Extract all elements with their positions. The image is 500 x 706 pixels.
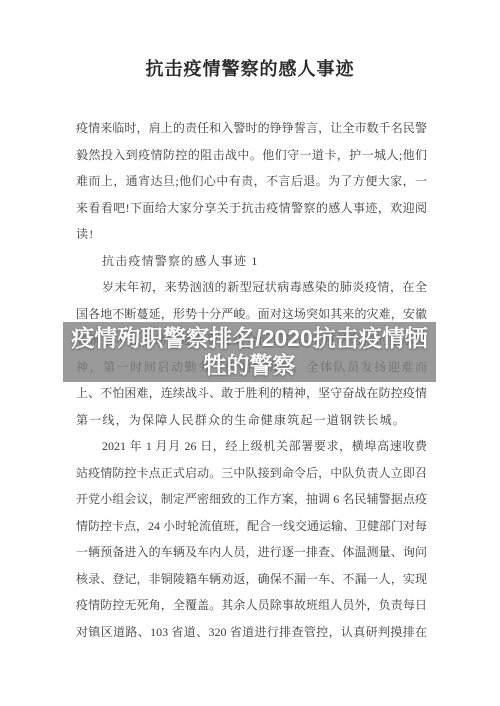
document-line: 一辆预备进入的车辆及车内人员，进行逐一排查、体温测量、询问 <box>76 539 427 566</box>
document-line: 来看看吧!下面给大家分享关于抗击疫情警察的感人事迹，欢迎阅 <box>76 195 427 222</box>
document-line: 上、不怕困难，连续战斗、敢于胜利的精神，坚守奋战在防控疫情 <box>76 380 427 407</box>
document-line: 第一线，为保障人民群众的生命健康筑起一道钢铁长城。 <box>76 407 427 434</box>
document-line: 疫情来临时，肩上的责任和入警时的铮铮誓言，让全市数千名民警 <box>76 115 427 142</box>
document-line: 毅然投入到疫情防控的阻击战中。他们守一道卡，护一城人;他们迎 <box>76 142 427 169</box>
watermark-overlay: 疫情殉职警察排名/2020抗击疫情牺 牲的警察 <box>63 322 436 382</box>
document-line: 情防控卡点，24 小时轮流值班，配合一线交通运输、卫健部门对每 <box>76 513 427 540</box>
document-line: 2021 年 1 月月 26 日，经上级机关部署要求，横埠高速收费 <box>76 433 427 460</box>
document-line: 对镇区道路、103 省道、320 省道进行排查管控，认真研判摸排在道 <box>76 619 427 646</box>
document-line: 读! <box>76 221 427 248</box>
document-line: 岁末年初，来势汹汹的新型冠状病毒感染的肺炎疫情，在全 <box>76 274 427 301</box>
document-title: 抗击疫情警察的感人事迹 <box>0 55 500 81</box>
watermark-text-line2: 牲的警察 <box>204 352 296 379</box>
watermark-text-line1: 疫情殉职警察排名/2020抗击疫情牺 <box>71 325 428 352</box>
document-line: 开党小组会议，制定严密细致的工作方案，抽调 6 名民辅警据点疫 <box>76 486 427 513</box>
document-line: 难而上，通宵达旦;他们心中有责，不言后退。为了方便大家，一起 <box>76 168 427 195</box>
document-line: 疫情防控无死角，全覆盖。其余人员除事故班组人员外，负责每日 <box>76 592 427 619</box>
document-line: 站疫情防控卡点正式启动。三中队接到命令后，中队负责人立即召 <box>76 460 427 487</box>
document-page: 抗击疫情警察的感人事迹 疫情来临时，肩上的责任和入警时的铮铮誓言，让全市数千名民… <box>0 0 500 706</box>
document-line: 核录、登记，非铜陵籍车辆劝返，确保不漏一车、不漏一人，实现 <box>76 566 427 593</box>
document-line: 抗击疫情警察的感人事迹 1 <box>76 248 427 275</box>
